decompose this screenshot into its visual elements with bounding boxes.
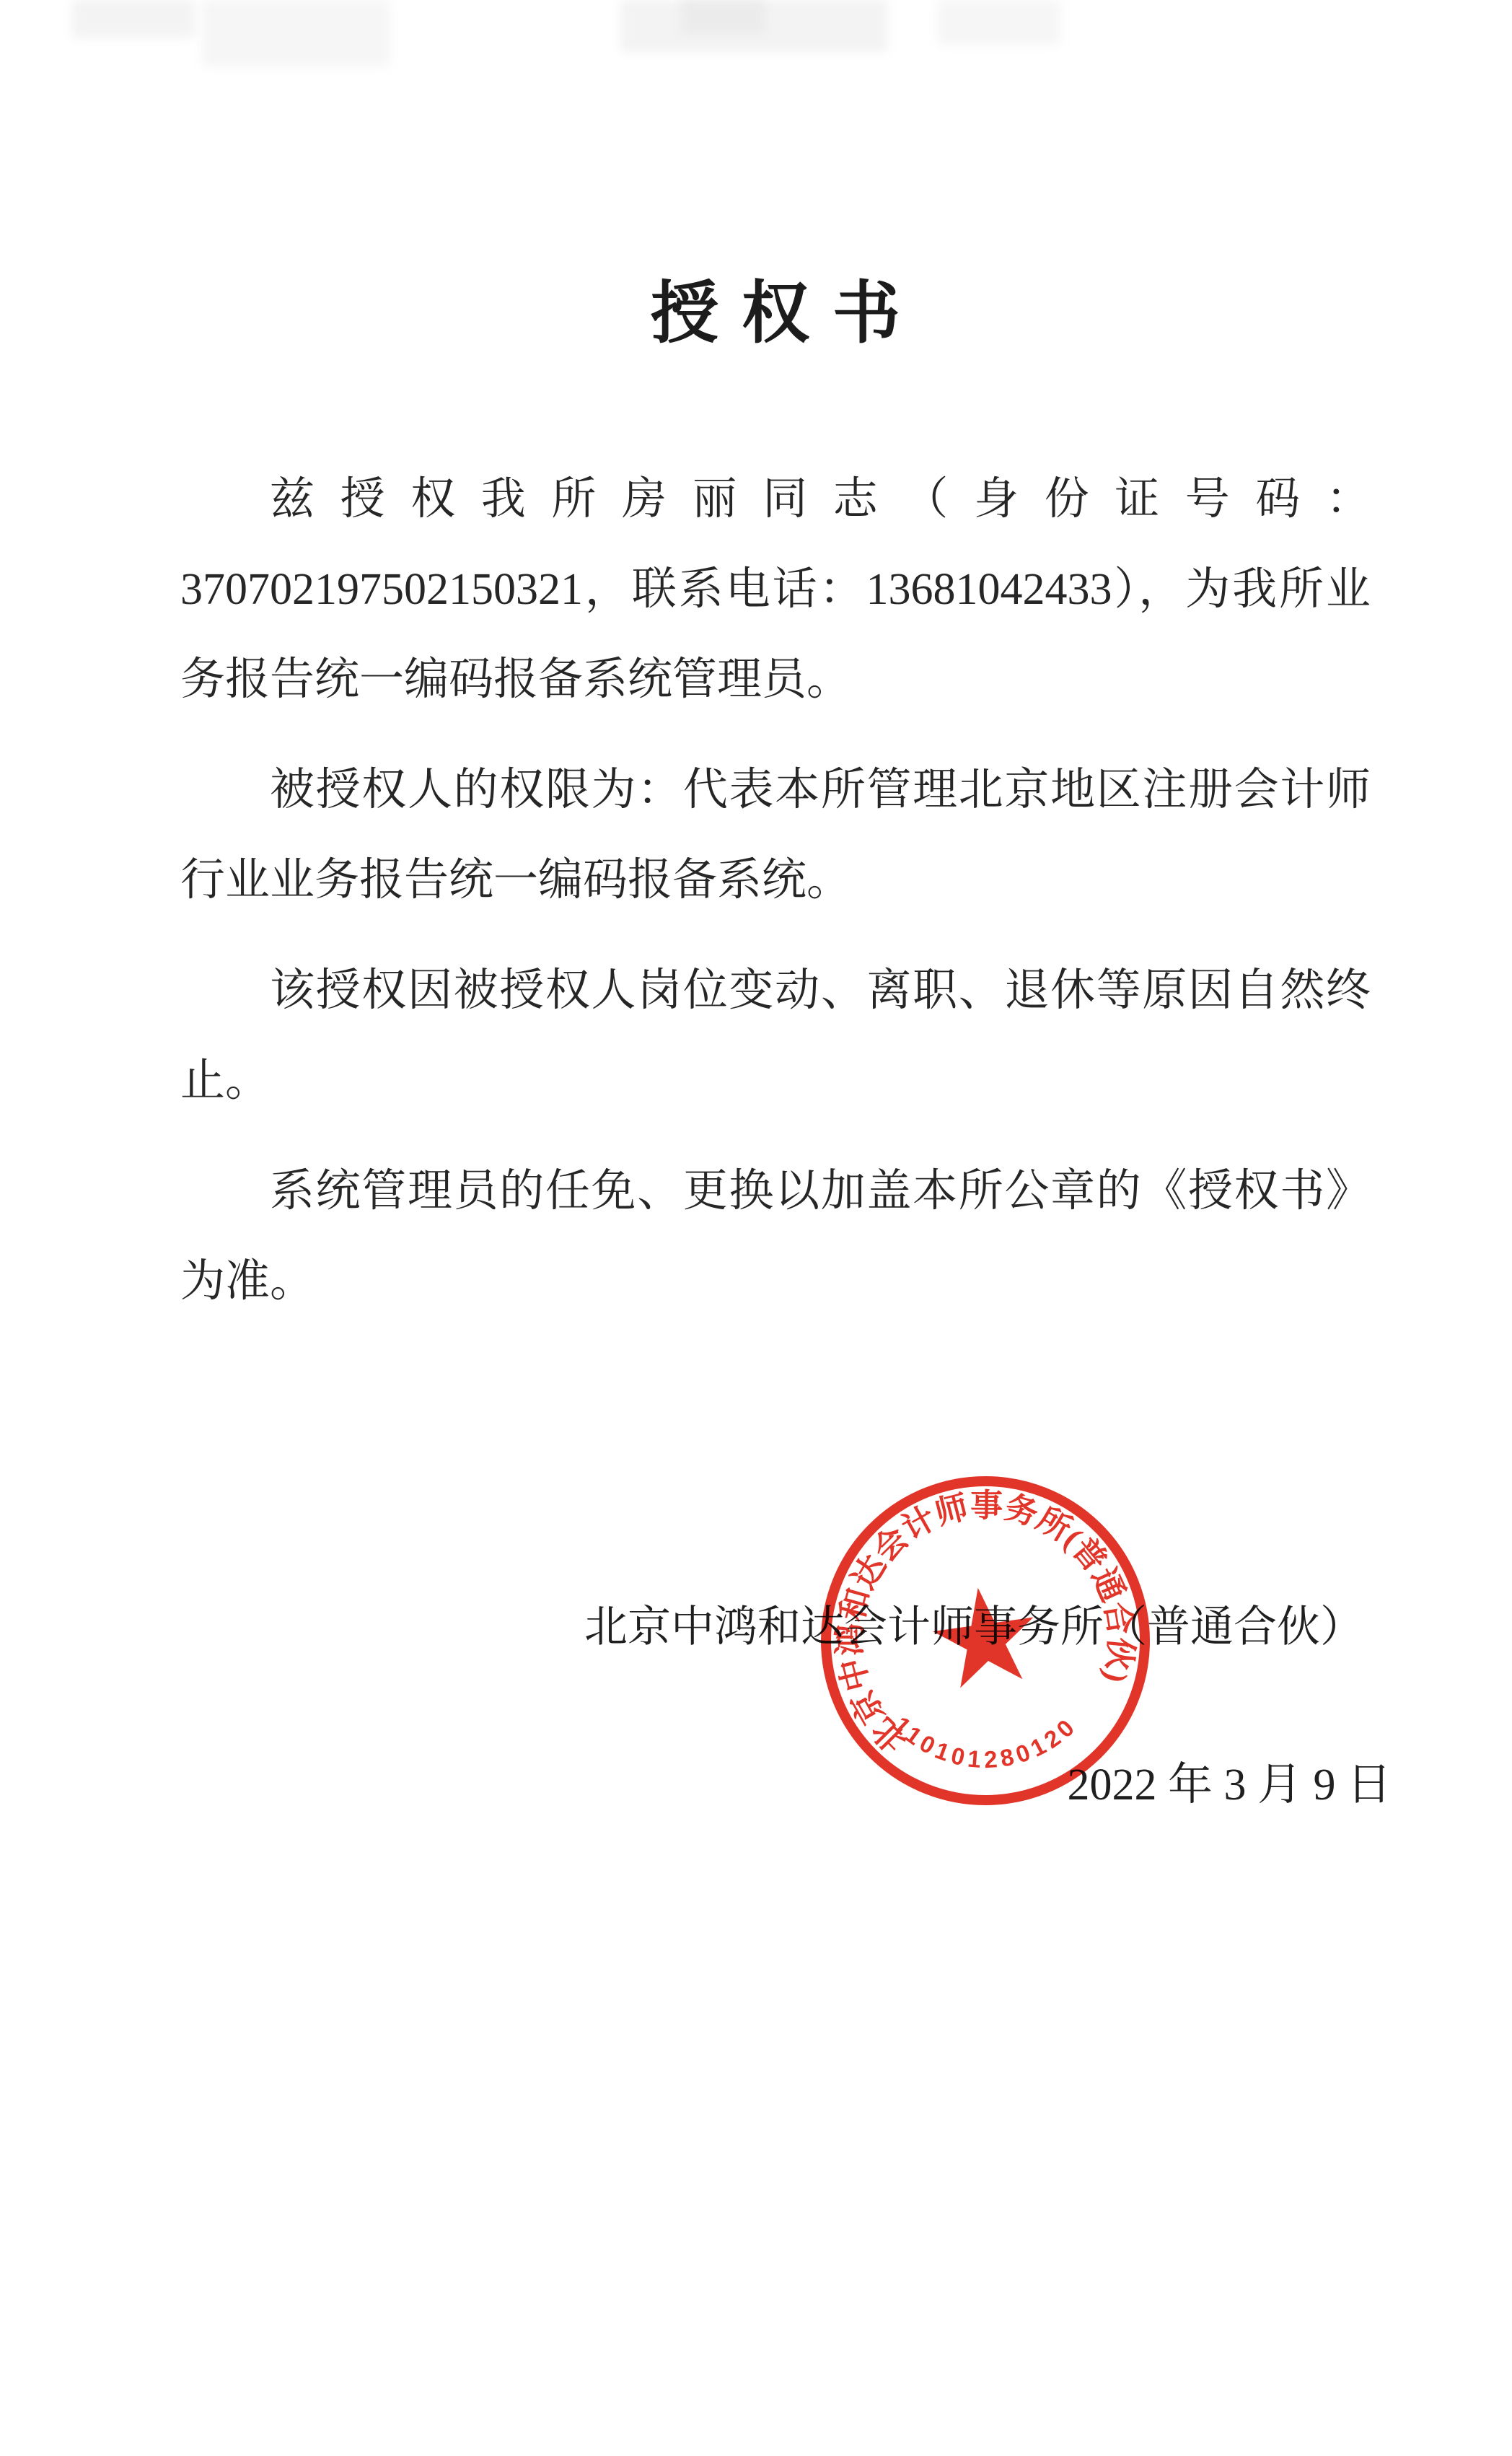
paragraph: 系统管理员的任免、更换以加盖本所公章的《授权书》为准。 (180, 1146, 1371, 1327)
paragraph: 兹授权我所房丽同志（身份证号码：370702197502150321，联系电话：… (180, 455, 1371, 725)
paragraph: 被授权人的权限为：代表本所管理北京地区注册会计师行业业务报告统一编码报备系统。 (180, 745, 1371, 926)
body-line: 被授权人的权限为：代表本所管理北京地区注册会计师 (180, 745, 1371, 836)
signature-company: 北京中鸿和达会计师事务所（普通合伙） (584, 1603, 1363, 1651)
scan-smudge (938, 0, 1060, 45)
body-line: 该授权因被授权人岗位变动、离职、退休等原因自然终 (180, 946, 1371, 1036)
document-page: 授权书 兹授权我所房丽同志（身份证号码：370702197502150321，联… (0, 0, 1512, 2456)
document-body: 兹授权我所房丽同志（身份证号码：370702197502150321，联系电话：… (180, 455, 1371, 1347)
body-line: 370702197502150321，联系电话：13681042433），为我所… (180, 545, 1371, 635)
paragraph: 该授权因被授权人岗位变动、离职、退休等原因自然终止。 (180, 946, 1371, 1126)
signature-date: 2022 年 3 月 9 日 (1067, 1760, 1392, 1810)
body-line: 兹授权我所房丽同志（身份证号码： (180, 455, 1371, 545)
seal-number: 110101280120 (888, 1711, 1082, 1773)
scan-smudge (202, 0, 390, 66)
scan-smudge (72, 0, 195, 38)
scan-smudge (682, 0, 765, 33)
body-line: 务报告统一编码报备系统管理员。 (180, 635, 1371, 725)
body-line: 为准。 (180, 1237, 1371, 1327)
body-line: 系统管理员的任免、更换以加盖本所公章的《授权书》 (180, 1146, 1371, 1237)
body-line: 止。 (180, 1036, 1371, 1126)
document-title: 授权书 (180, 258, 1371, 356)
body-line: 行业业务报告统一编码报备系统。 (180, 836, 1371, 926)
